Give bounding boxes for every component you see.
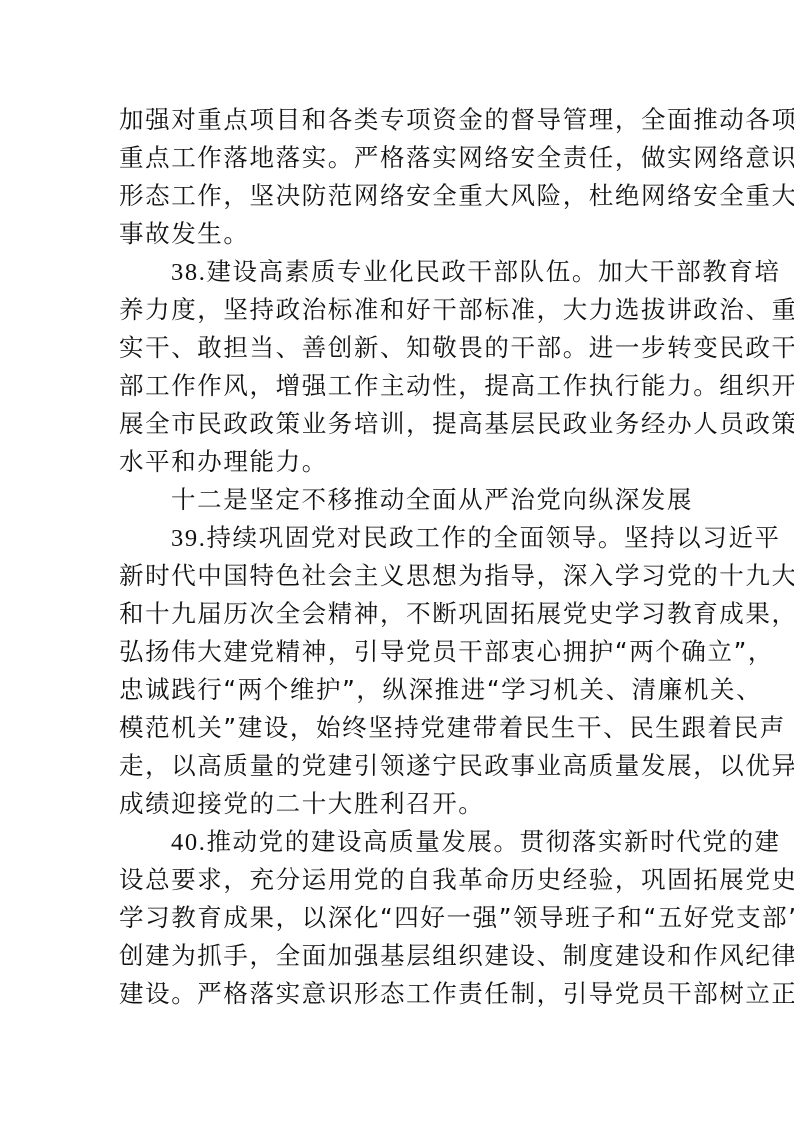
item-39-paragraph: 39.持续巩固党对民政工作的全面领导。坚持以习近平 新时代中国特色社会主义思想为… — [119, 519, 675, 823]
item-text: 坚持以习近平 — [624, 523, 781, 552]
section-heading: 十二是坚定不移推动全面从严治党向纵深发展 — [119, 481, 675, 519]
text-line: 加强对重点项目和各类专项资金的督导管理，全面推动各项 — [119, 101, 675, 139]
item-text: 贯彻落实新时代党的建 — [520, 827, 781, 856]
text-line: 新时代中国特色社会主义思想为指导，深入学习党的十九大 — [119, 557, 675, 595]
text-line: 走，以高质量的党建引领遂宁民政事业高质量发展，以优异 — [119, 747, 675, 785]
text-line: 设总要求，充分运用党的自我革命历史经验，巩固拓展党史 — [119, 861, 675, 899]
text-line: 事故发生。 — [119, 215, 675, 253]
text-line: 建设。严格落实意识形态工作责任制，引导党员干部树立正 — [119, 975, 675, 1013]
text-line: 部工作作风，增强工作主动性，提高工作执行能力。组织开 — [119, 367, 675, 405]
item-number: 39. — [171, 525, 206, 552]
text-line: 学习教育成果，以深化“四好一强”领导班子和“五好党支部” — [119, 899, 675, 937]
text-line: 水平和办理能力。 — [119, 443, 675, 481]
item-number: 40. — [171, 829, 206, 856]
text-line: 模范机关”建设，始终坚持党建带着民生干、民生跟着民声 — [119, 709, 675, 747]
item-38-first-line: 38.建设高素质专业化民政干部队伍。加大干部教育培 — [119, 253, 675, 291]
item-40-paragraph: 40.推动党的建设高质量发展。贯彻落实新时代党的建 设总要求，充分运用党的自我革… — [119, 823, 675, 1013]
item-heading: 推动党的建设高质量发展。 — [206, 827, 519, 856]
item-38-paragraph: 38.建设高素质专业化民政干部队伍。加大干部教育培 养力度，坚持政治标准和好干部… — [119, 253, 675, 481]
document-page: 加强对重点项目和各类专项资金的督导管理，全面推动各项 重点工作落地落实。严格落实… — [119, 101, 675, 1013]
text-line: 忠诚践行“两个维护”，纵深推进“学习机关、清廉机关、 — [119, 671, 675, 709]
text-line: 重点工作落地落实。严格落实网络安全责任，做实网络意识 — [119, 139, 675, 177]
text-line: 成绩迎接党的二十大胜利召开。 — [119, 785, 675, 823]
text-line: 实干、敢担当、善创新、知敬畏的干部。进一步转变民政干 — [119, 329, 675, 367]
text-line: 展全市民政政策业务培训，提高基层民政业务经办人员政策 — [119, 405, 675, 443]
item-text: 加大干部教育培 — [598, 257, 781, 286]
item-40-first-line: 40.推动党的建设高质量发展。贯彻落实新时代党的建 — [119, 823, 675, 861]
text-line: 形态工作，坚决防范网络安全重大风险，杜绝网络安全重大 — [119, 177, 675, 215]
text-line: 创建为抓手，全面加强基层组织建设、制度建设和作风纪律 — [119, 937, 675, 975]
text-line: 养力度，坚持政治标准和好干部标准，大力选拔讲政治、重 — [119, 291, 675, 329]
item-heading: 持续巩固党对民政工作的全面领导。 — [206, 523, 624, 552]
text-line: 弘扬伟大建党精神，引导党员干部衷心拥护“两个确立”， — [119, 633, 675, 671]
paragraph-37-tail: 加强对重点项目和各类专项资金的督导管理，全面推动各项 重点工作落地落实。严格落实… — [119, 101, 675, 253]
item-number: 38. — [171, 259, 206, 286]
item-heading: 建设高素质专业化民政干部队伍。 — [206, 257, 598, 286]
text-line: 和十九届历次全会精神，不断巩固拓展党史学习教育成果， — [119, 595, 675, 633]
item-39-first-line: 39.持续巩固党对民政工作的全面领导。坚持以习近平 — [119, 519, 675, 557]
